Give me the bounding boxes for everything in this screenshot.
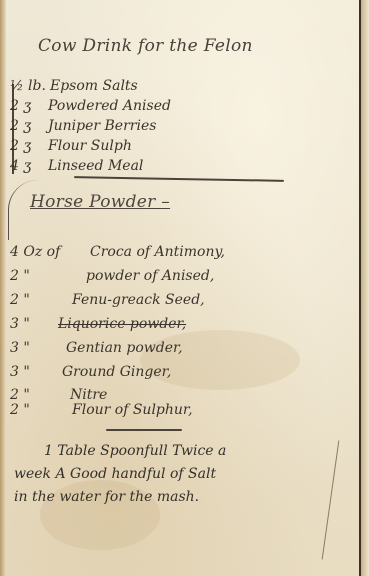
ingredient-qty: 3 " (10, 316, 30, 332)
paper-stain (140, 330, 300, 390)
short-divider (106, 429, 182, 431)
section-divider (74, 176, 284, 182)
instruction-line: week A Good handful of Salt (14, 463, 344, 486)
ingredient-qty: 3 " (10, 364, 30, 380)
dosage-instructions: 1 Table Spoonfull Twice a week A Good ha… (14, 440, 344, 509)
ingredient-qty: 2 " (10, 268, 30, 284)
ingredient-name: Linseed Meal (48, 158, 143, 174)
book-binding-edge (359, 0, 369, 576)
ingredient-name: powder of Anised, (86, 268, 214, 284)
ingredient-name: Flour of Sulphur, (72, 402, 193, 418)
ingredient-qty: 4 Oz of (10, 244, 60, 260)
ingredient-qty: 4 ʒ (10, 158, 31, 174)
ingredient-name: Liquorice powder, (58, 316, 186, 332)
ingredient-qty: 2 " (10, 292, 30, 308)
ingredient-name: Fenu-greack Seed, (72, 292, 205, 308)
ingredient-qty: 3 " (10, 340, 30, 356)
ingredient-qty: 2 " (10, 387, 30, 403)
ingredient-qty: 2 " (10, 402, 30, 418)
ingredient-qty: 2 ʒ (10, 118, 31, 134)
horse-powder-title: Horse Powder – (30, 192, 170, 212)
ingredient-name: Croca of Antimony, (90, 244, 225, 260)
ingredient-name: Flour Sulph (48, 138, 132, 154)
instruction-line: 1 Table Spoonfull Twice a (14, 440, 344, 463)
instruction-line: in the water for the mash. (14, 486, 344, 509)
cow-drink-title: Cow Drink for the Felon (38, 36, 253, 56)
ingredient-name: Nitre (70, 387, 107, 403)
ingredient-name: Gentian powder, (66, 340, 183, 356)
ingredient-qty: 2 ʒ (10, 98, 31, 114)
page-left-edge (0, 0, 6, 576)
ingredient-qty: 2 ʒ (10, 138, 31, 154)
ingredient-name: Powdered Anised (48, 98, 171, 114)
ingredient-name: Epsom Salts (50, 78, 138, 94)
manuscript-page: Cow Drink for the Felon ½ lb. Epsom Salt… (0, 0, 369, 576)
ingredient-name: Juniper Berries (48, 118, 156, 134)
ingredient-name: Ground Ginger, (62, 364, 171, 380)
ingredient-qty: ½ lb. (10, 78, 46, 94)
